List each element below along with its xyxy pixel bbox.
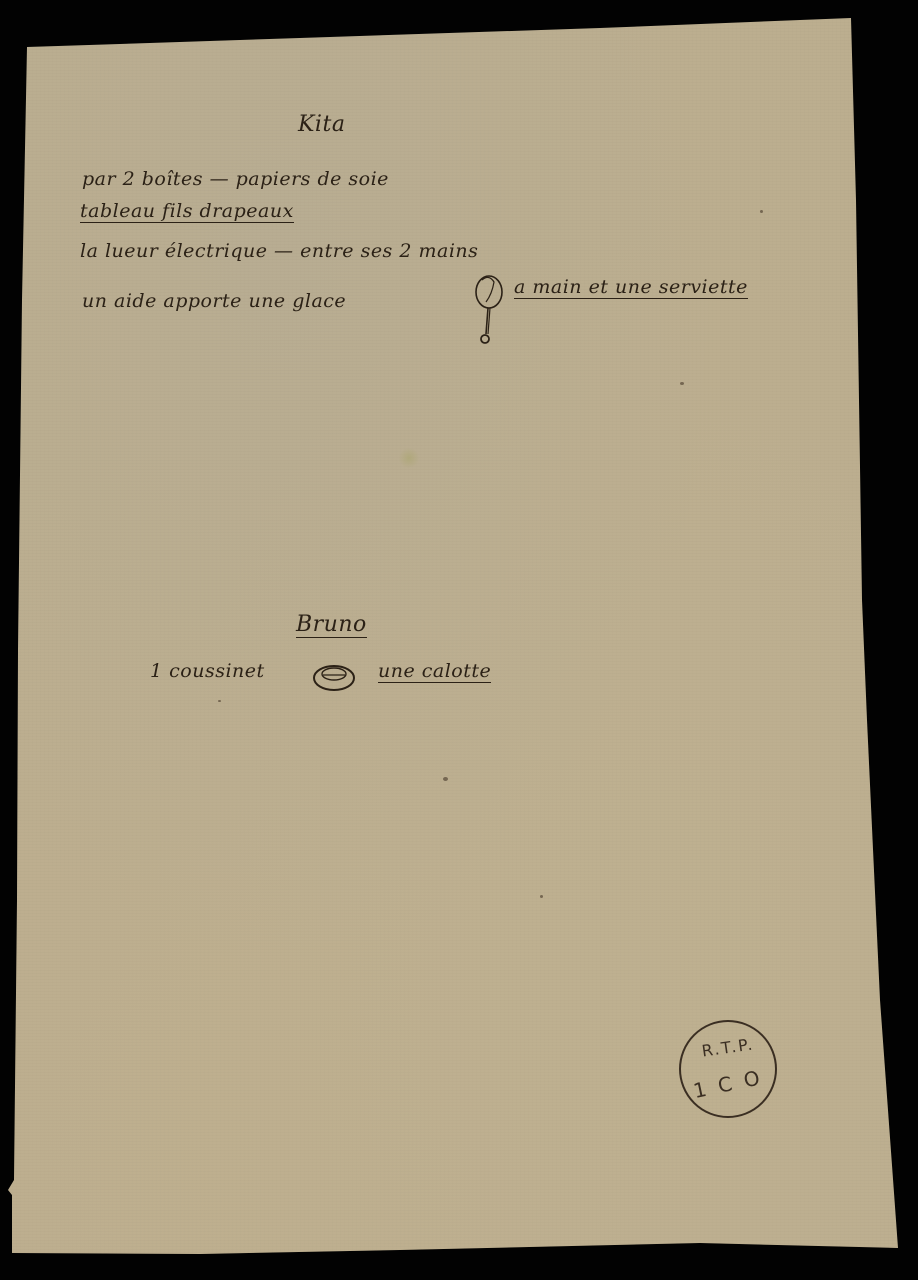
paper-sheet <box>0 0 918 1280</box>
heading-bruno-text: Bruno <box>296 612 367 638</box>
archive-stamp: R.T.P. 1 C O <box>679 1020 777 1118</box>
line-2-text: tableau fils drapeaux <box>80 200 294 223</box>
manuscript-line-3: la lueur électrique — entre ses 2 mains <box>80 240 478 262</box>
line-3-text: la lueur électrique — entre ses 2 mains <box>80 240 478 262</box>
line-4-text: un aide apporte une glace <box>82 290 346 312</box>
line-6-right-text: une calotte <box>378 660 491 683</box>
paper-speck <box>680 382 684 385</box>
heading-kita: Kita <box>298 112 345 137</box>
paper-speck <box>218 700 221 702</box>
manuscript-line-1: par 2 boîtes — papiers de soie <box>82 168 389 190</box>
paper-stain <box>398 448 420 468</box>
hand-mirror-sketch-icon <box>472 272 512 352</box>
manuscript-line-4: un aide apporte une glace <box>82 290 346 312</box>
manuscript-line-6-right: une calotte <box>378 660 491 682</box>
manuscript-line-2: tableau fils drapeaux <box>80 200 294 222</box>
paper-speck <box>760 210 763 213</box>
manuscript-line-6-left: 1 coussinet <box>150 660 265 682</box>
line-1-text: par 2 boîtes — papiers de soie <box>82 168 389 190</box>
heading-bruno: Bruno <box>296 612 367 637</box>
paper-speck <box>443 777 448 781</box>
document-scan: Kita par 2 boîtes — papiers de soie tabl… <box>0 0 918 1280</box>
manuscript-line-5: a main et une serviette <box>514 276 748 298</box>
paper-speck <box>540 895 543 898</box>
stamp-top-text: R.T.P. <box>680 1032 776 1064</box>
stamp-bottom-text: 1 C O <box>680 1062 777 1105</box>
cushion-sketch-icon <box>312 664 356 692</box>
line-5-text: a main et une serviette <box>514 276 748 299</box>
